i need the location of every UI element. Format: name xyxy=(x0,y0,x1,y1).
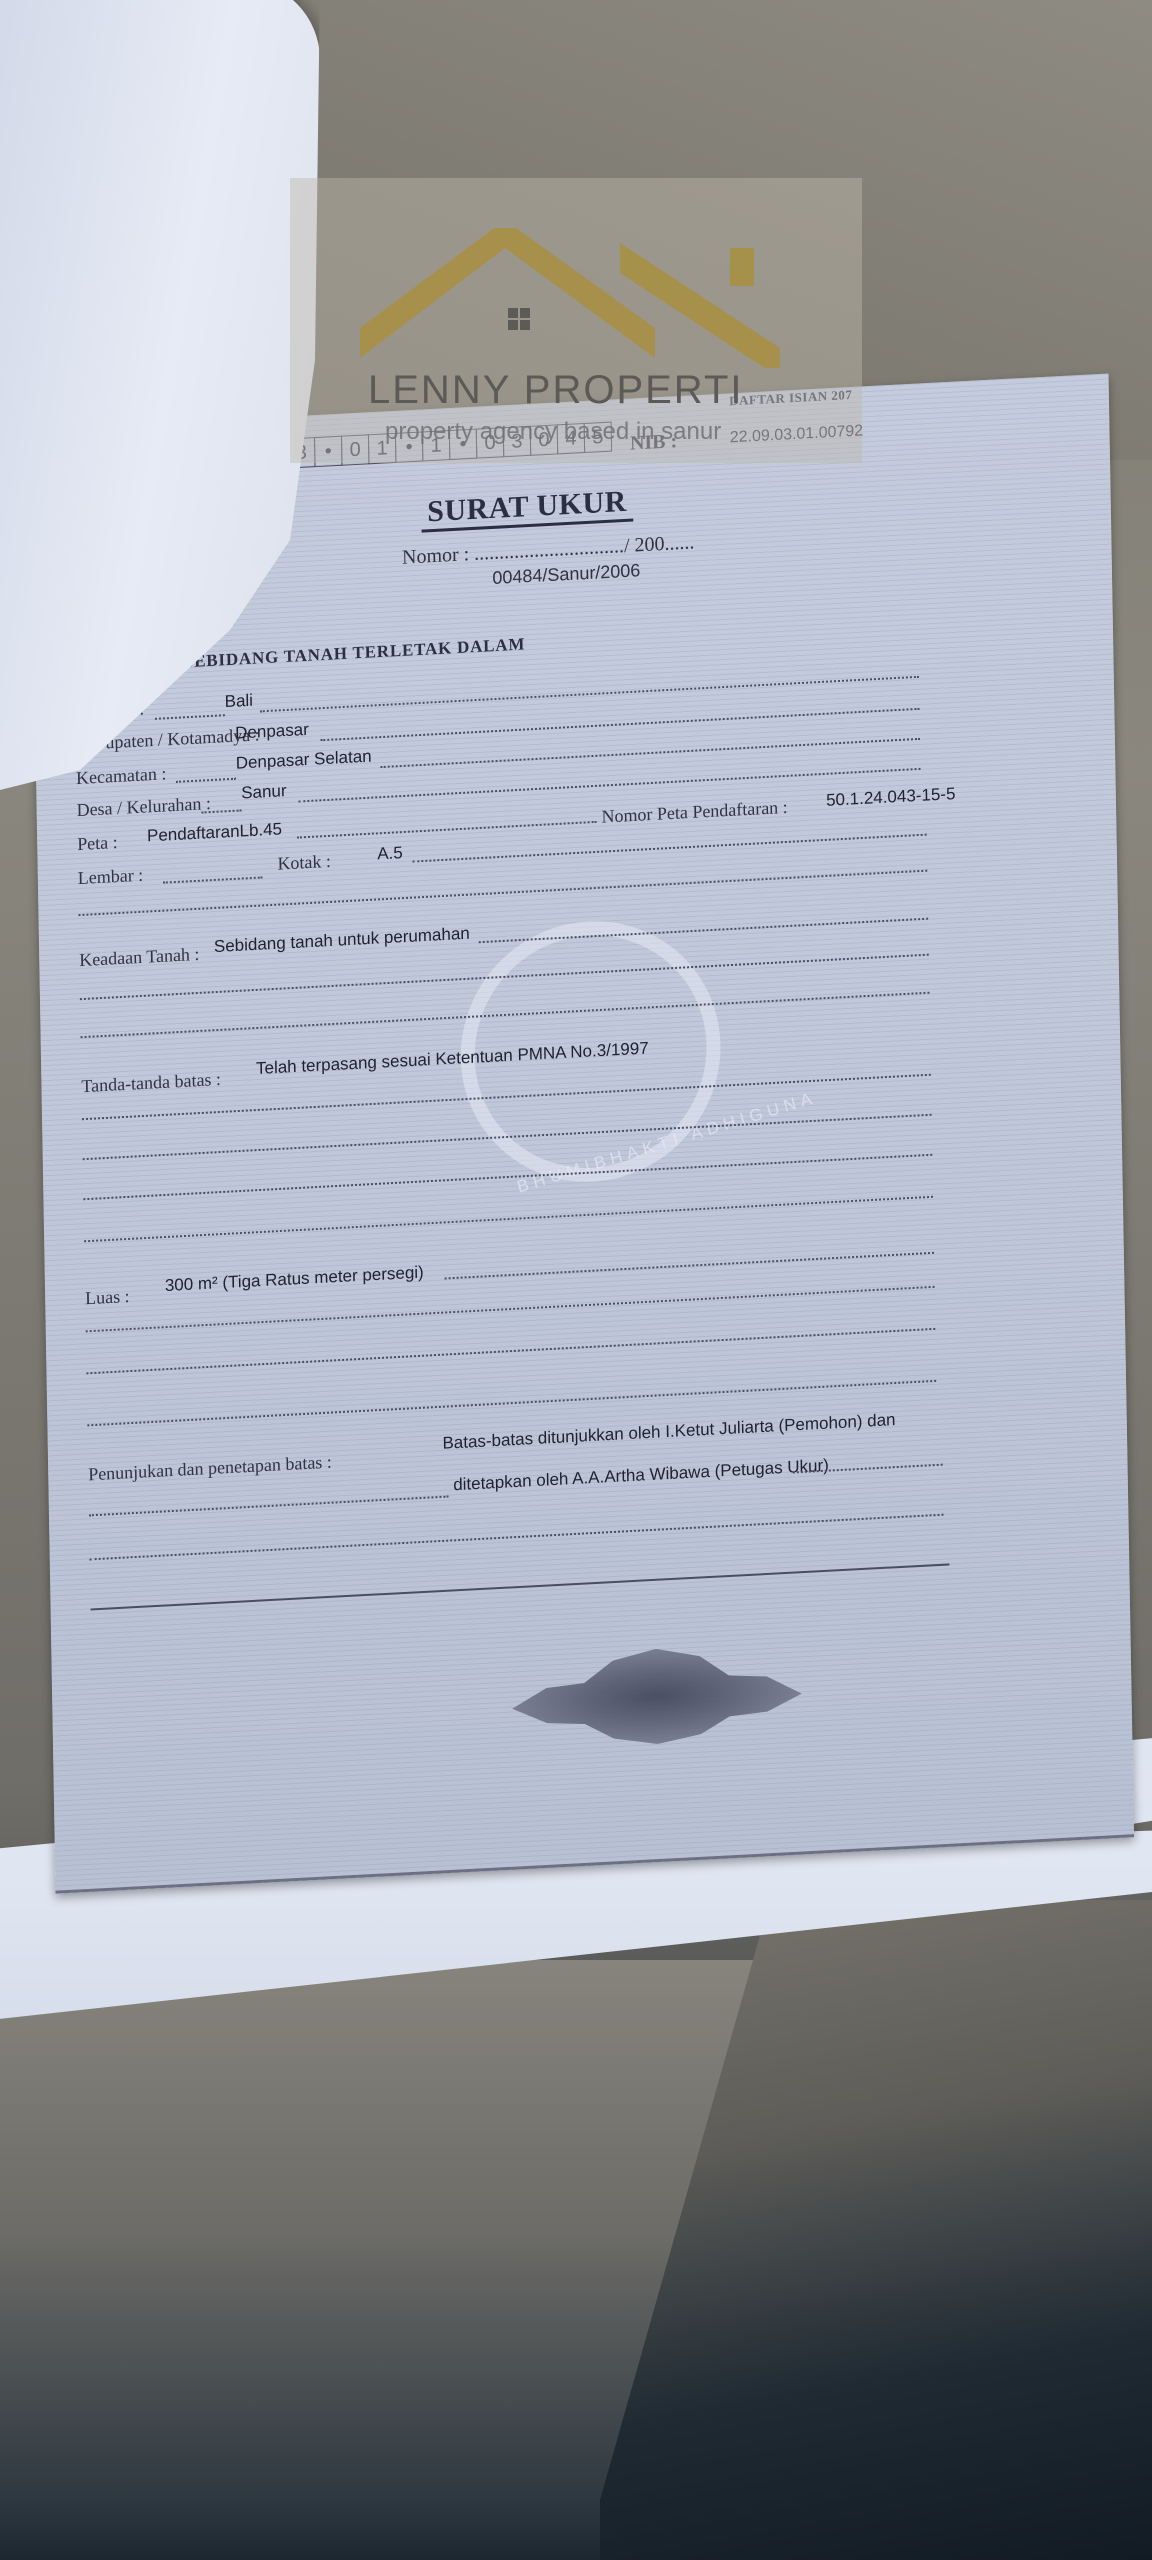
dotted-line xyxy=(90,1514,944,1561)
dotted-line xyxy=(163,876,263,883)
kotak-value: A.5 xyxy=(377,843,403,864)
dotted-line xyxy=(89,1496,449,1517)
house-roof-icon xyxy=(360,228,780,368)
kotak-label: Kotak : xyxy=(277,851,331,875)
keadaan-tanah-value: Sebidang tanah untuk perumahan xyxy=(214,924,470,957)
kecamatan-value: Denpasar Selatan xyxy=(236,747,372,774)
dotted-line xyxy=(84,1196,933,1242)
luas-value: 300 m² (Tiga Ratus meter persegi) xyxy=(165,1263,424,1297)
penunjukan-label: Penunjukan dan penetapan batas : xyxy=(88,1452,332,1486)
watermark-tagline: property agency based in sanur xyxy=(385,418,721,446)
peta-value: PendaftaranLb.45 xyxy=(147,819,282,846)
dotted-line xyxy=(412,834,926,863)
dotted-line xyxy=(297,821,597,839)
lembar-label: Lembar : xyxy=(78,865,144,889)
guilloche-ornament-icon xyxy=(511,1641,802,1751)
tanda-batas-label: Tanda-tanda batas : xyxy=(81,1069,221,1097)
keadaan-tanah-label: Keadaan Tanah : xyxy=(79,944,200,971)
dotted-line xyxy=(86,1328,935,1374)
luas-label: Luas : xyxy=(85,1286,130,1309)
desa-label: Desa / Kelurahan : xyxy=(76,793,211,821)
section-heading: SEBIDANG TANAH TERLETAK DALAM xyxy=(184,634,526,672)
dotted-line xyxy=(381,738,920,768)
dotted-line xyxy=(445,1252,934,1280)
peta-label: Peta : xyxy=(77,832,118,855)
desa-value: Sanur xyxy=(241,781,287,803)
dotted-line xyxy=(320,708,919,741)
propinsi-value: Bali xyxy=(224,691,253,712)
penunjukan-value-line2: ditetapkan oleh A.A.Artha Wibawa (Petuga… xyxy=(453,1456,829,1496)
dotted-line xyxy=(176,778,236,783)
dotted-line xyxy=(78,870,927,916)
document-divider xyxy=(91,1563,950,1610)
dotted-line xyxy=(83,1154,932,1200)
nomor-peta-label: Nomor Peta Pendaftaran : xyxy=(601,797,788,828)
watermark-brand: LENNY PROPERTI xyxy=(368,368,744,413)
kabupaten-value: Denpasar xyxy=(235,720,309,744)
nomor-peta-value: 50.1.24.043-15-5 xyxy=(826,784,956,811)
nomor-label: Nomor : ............................../ … xyxy=(402,531,695,569)
kecamatan-label: Kecamatan : xyxy=(76,763,167,789)
nomor-value: 00484/Sanur/2006 xyxy=(492,560,640,589)
penunjukan-value-line1: Batas-batas ditunjukkan oleh I.Ketut Jul… xyxy=(442,1410,895,1454)
dotted-line xyxy=(155,714,225,720)
dotted-line xyxy=(260,676,919,713)
document-title: SURAT UKUR xyxy=(421,485,633,533)
